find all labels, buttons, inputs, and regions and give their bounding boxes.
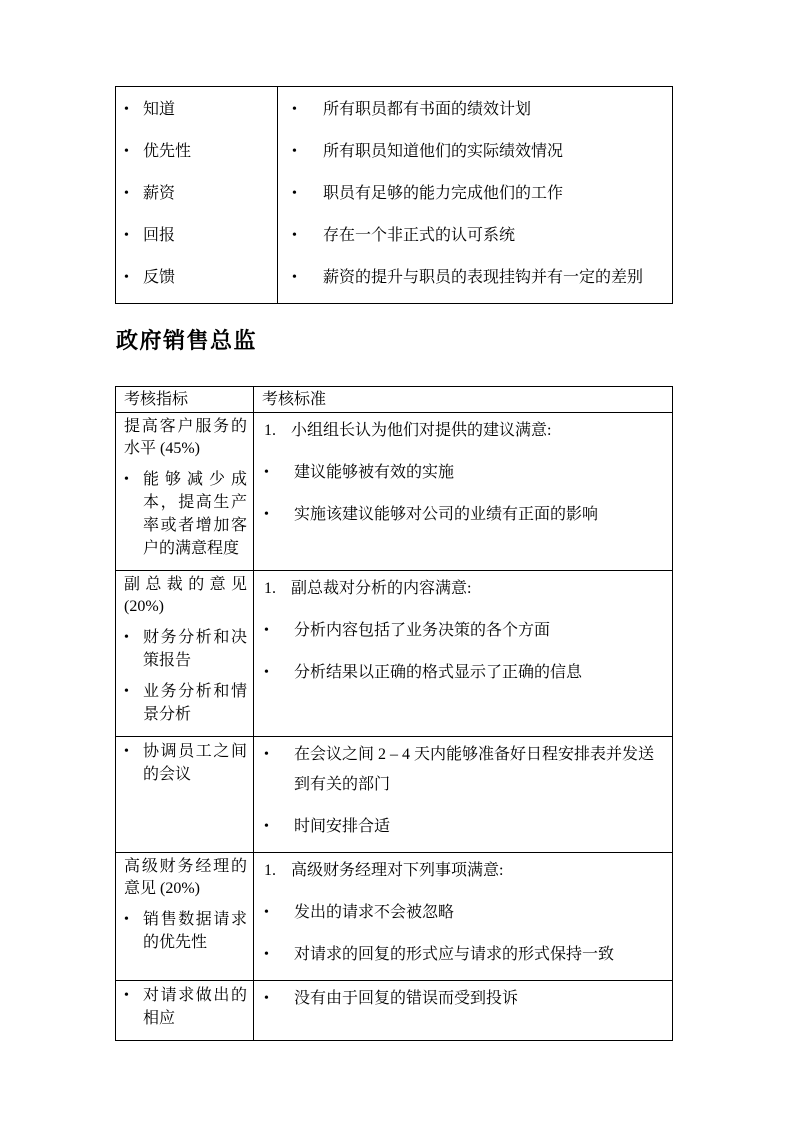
bullet-icon: •	[264, 812, 294, 842]
bullet-text: 薪资的提升与职员的表现挂钩并有一定的差别	[323, 267, 664, 289]
lead-text: 副总裁对分析的内容满意:	[291, 574, 662, 604]
lead-text: 小组组长认为他们对提供的建议满意:	[291, 416, 662, 446]
lead-paragraph: 1.高级财务经理对下列事项满意:	[264, 856, 662, 886]
bullet-text: 优先性	[143, 141, 269, 163]
bullet-icon: •	[264, 500, 294, 530]
bullet-icon: •	[124, 225, 143, 247]
assessment-row: 提高客户服务的水平 (45%)•能够减少成本，提高生产率或者增加客户的满意程度1…	[116, 413, 673, 571]
document-body: •知道•优先性•薪资•回报•反馈 •所有职员都有书面的绩效计划•所有职员知道他们…	[115, 86, 673, 1041]
bullet-text: 实施该建议能够对公司的业绩有正面的影响	[294, 500, 662, 530]
standard-cell: 1.小组组长认为他们对提供的建议满意:•建议能够被有效的实施•实施该建议能够对公…	[254, 413, 673, 571]
bullet-icon: •	[124, 984, 143, 1007]
bullet-item: •实施该建议能够对公司的业绩有正面的影响	[264, 500, 662, 530]
bullet-item: •分析内容包括了业务决策的各个方面	[264, 616, 662, 646]
bullet-item: •对请求做出的相应	[124, 984, 247, 1030]
list-number: 1.	[264, 416, 291, 446]
list-number: 1.	[264, 856, 291, 886]
assessment-table: 考核指标 考核标准 提高客户服务的水平 (45%)•能够减少成本，提高生产率或者…	[115, 386, 673, 1041]
bullet-text: 时间安排合适	[294, 812, 662, 842]
bullet-text: 在会议之间 2 – 4 天内能够准备好日程安排表并发送到有关的部门	[294, 740, 662, 800]
bullet-icon: •	[264, 658, 294, 688]
lead-text: 提高客户服务的水平 (45%)	[124, 416, 247, 460]
bullet-text: 薪资	[143, 183, 269, 205]
bullet-item: •分析结果以正确的格式显示了正确的信息	[264, 658, 662, 688]
bullet-icon: •	[124, 183, 143, 205]
bullet-item: •存在一个非正式的认可系统	[292, 225, 664, 247]
bullet-item: •优先性	[124, 141, 269, 163]
bullet-icon: •	[292, 99, 323, 121]
bullet-icon: •	[264, 940, 294, 970]
bullet-icon: •	[124, 468, 143, 491]
standard-cell: •没有由于回复的错误而受到投诉	[254, 981, 673, 1041]
bullet-text: 没有由于回复的错误而受到投诉	[294, 984, 662, 1014]
bullet-icon: •	[292, 183, 323, 205]
indicator-cell: 提高客户服务的水平 (45%)•能够减少成本，提高生产率或者增加客户的满意程度	[116, 413, 254, 571]
summary-row: •知道•优先性•薪资•回报•反馈 •所有职员都有书面的绩效计划•所有职员知道他们…	[116, 87, 673, 304]
bullet-text: 职员有足够的能力完成他们的工作	[323, 183, 664, 205]
bullet-icon: •	[124, 680, 143, 703]
summary-standard-cell: •所有职员都有书面的绩效计划•所有职员知道他们的实际绩效情况•职员有足够的能力完…	[278, 87, 673, 304]
indicator-cell: 副总裁的意见 (20%)•财务分析和决策报告•业务分析和情景分析	[116, 571, 254, 737]
lead-text: 高级财务经理的意见 (20%)	[124, 856, 247, 900]
bullet-item: •所有职员都有书面的绩效计划	[292, 99, 664, 121]
bullet-text: 反馈	[143, 267, 269, 289]
bullet-item: •时间安排合适	[264, 812, 662, 842]
bullet-item: •职员有足够的能力完成他们的工作	[292, 183, 664, 205]
bullet-text: 所有职员知道他们的实际绩效情况	[323, 141, 664, 163]
assessment-row: •对请求做出的相应•没有由于回复的错误而受到投诉	[116, 981, 673, 1041]
bullet-item: •薪资的提升与职员的表现挂钩并有一定的差别	[292, 267, 664, 289]
lead-paragraph: 提高客户服务的水平 (45%)	[124, 416, 247, 460]
lead-paragraph: 1.副总裁对分析的内容满意:	[264, 574, 662, 604]
bullet-item: •协调员工之间的会议	[124, 740, 247, 786]
bullet-item: •对请求的回复的形式应与请求的形式保持一致	[264, 940, 662, 970]
bullet-item: •在会议之间 2 – 4 天内能够准备好日程安排表并发送到有关的部门	[264, 740, 662, 800]
lead-paragraph: 副总裁的意见 (20%)	[124, 574, 247, 618]
bullet-text: 建议能够被有效的实施	[294, 458, 662, 488]
bullet-text: 销售数据请求的优先性	[143, 908, 247, 954]
summary-table: •知道•优先性•薪资•回报•反馈 •所有职员都有书面的绩效计划•所有职员知道他们…	[115, 86, 673, 304]
bullet-text: 对请求做出的相应	[143, 984, 247, 1030]
bullet-text: 回报	[143, 225, 269, 247]
standard-cell: •在会议之间 2 – 4 天内能够准备好日程安排表并发送到有关的部门•时间安排合…	[254, 737, 673, 853]
indicator-cell: •对请求做出的相应	[116, 981, 254, 1041]
header-standard: 考核标准	[254, 387, 673, 413]
bullet-icon: •	[124, 141, 143, 163]
bullet-text: 发出的请求不会被忽略	[294, 898, 662, 928]
lead-text: 高级财务经理对下列事项满意:	[291, 856, 662, 886]
assessment-row: 高级财务经理的意见 (20%)•销售数据请求的优先性1.高级财务经理对下列事项满…	[116, 853, 673, 981]
bullet-icon: •	[124, 626, 143, 649]
lead-paragraph: 高级财务经理的意见 (20%)	[124, 856, 247, 900]
assessment-row: 副总裁的意见 (20%)•财务分析和决策报告•业务分析和情景分析1.副总裁对分析…	[116, 571, 673, 737]
indicator-cell: •协调员工之间的会议	[116, 737, 254, 853]
bullet-text: 知道	[143, 99, 269, 121]
assessment-row: •协调员工之间的会议•在会议之间 2 – 4 天内能够准备好日程安排表并发送到有…	[116, 737, 673, 853]
list-number: 1.	[264, 574, 291, 604]
bullet-icon: •	[292, 141, 323, 163]
summary-indicator-cell: •知道•优先性•薪资•回报•反馈	[116, 87, 278, 304]
bullet-item: •销售数据请求的优先性	[124, 908, 247, 954]
bullet-icon: •	[292, 267, 323, 289]
bullet-icon: •	[124, 740, 143, 763]
bullet-icon: •	[264, 898, 294, 928]
bullet-text: 所有职员都有书面的绩效计划	[323, 99, 664, 121]
lead-text: 副总裁的意见 (20%)	[124, 574, 247, 618]
header-indicator: 考核指标	[116, 387, 254, 413]
indicator-cell: 高级财务经理的意见 (20%)•销售数据请求的优先性	[116, 853, 254, 981]
bullet-text: 分析内容包括了业务决策的各个方面	[294, 616, 662, 646]
bullet-text: 协调员工之间的会议	[143, 740, 247, 786]
bullet-icon: •	[264, 458, 294, 488]
bullet-icon: •	[264, 740, 294, 770]
bullet-text: 财务分析和决策报告	[143, 626, 247, 672]
bullet-item: •反馈	[124, 267, 269, 289]
lead-paragraph: 1.小组组长认为他们对提供的建议满意:	[264, 416, 662, 446]
bullet-icon: •	[292, 225, 323, 247]
bullet-item: •建议能够被有效的实施	[264, 458, 662, 488]
bullet-item: •所有职员知道他们的实际绩效情况	[292, 141, 664, 163]
bullet-text: 分析结果以正确的格式显示了正确的信息	[294, 658, 662, 688]
bullet-item: •业务分析和情景分析	[124, 680, 247, 726]
standard-cell: 1.高级财务经理对下列事项满意:•发出的请求不会被忽略•对请求的回复的形式应与请…	[254, 853, 673, 981]
assessment-header-row: 考核指标 考核标准	[116, 387, 673, 413]
bullet-text: 对请求的回复的形式应与请求的形式保持一致	[294, 940, 662, 970]
bullet-text: 业务分析和情景分析	[143, 680, 247, 726]
bullet-icon: •	[124, 99, 143, 121]
bullet-icon: •	[124, 908, 143, 931]
bullet-item: •知道	[124, 99, 269, 121]
bullet-text: 能够减少成本，提高生产率或者增加客户的满意程度	[143, 468, 247, 560]
bullet-icon: •	[264, 616, 294, 646]
bullet-icon: •	[124, 267, 143, 289]
bullet-icon: •	[264, 984, 294, 1014]
bullet-item: •薪资	[124, 183, 269, 205]
bullet-text: 存在一个非正式的认可系统	[323, 225, 664, 247]
standard-cell: 1.副总裁对分析的内容满意:•分析内容包括了业务决策的各个方面•分析结果以正确的…	[254, 571, 673, 737]
bullet-item: •没有由于回复的错误而受到投诉	[264, 984, 662, 1014]
bullet-item: •财务分析和决策报告	[124, 626, 247, 672]
bullet-item: •能够减少成本，提高生产率或者增加客户的满意程度	[124, 468, 247, 560]
bullet-item: •发出的请求不会被忽略	[264, 898, 662, 928]
bullet-item: •回报	[124, 225, 269, 247]
section-heading: 政府销售总监	[116, 328, 673, 354]
